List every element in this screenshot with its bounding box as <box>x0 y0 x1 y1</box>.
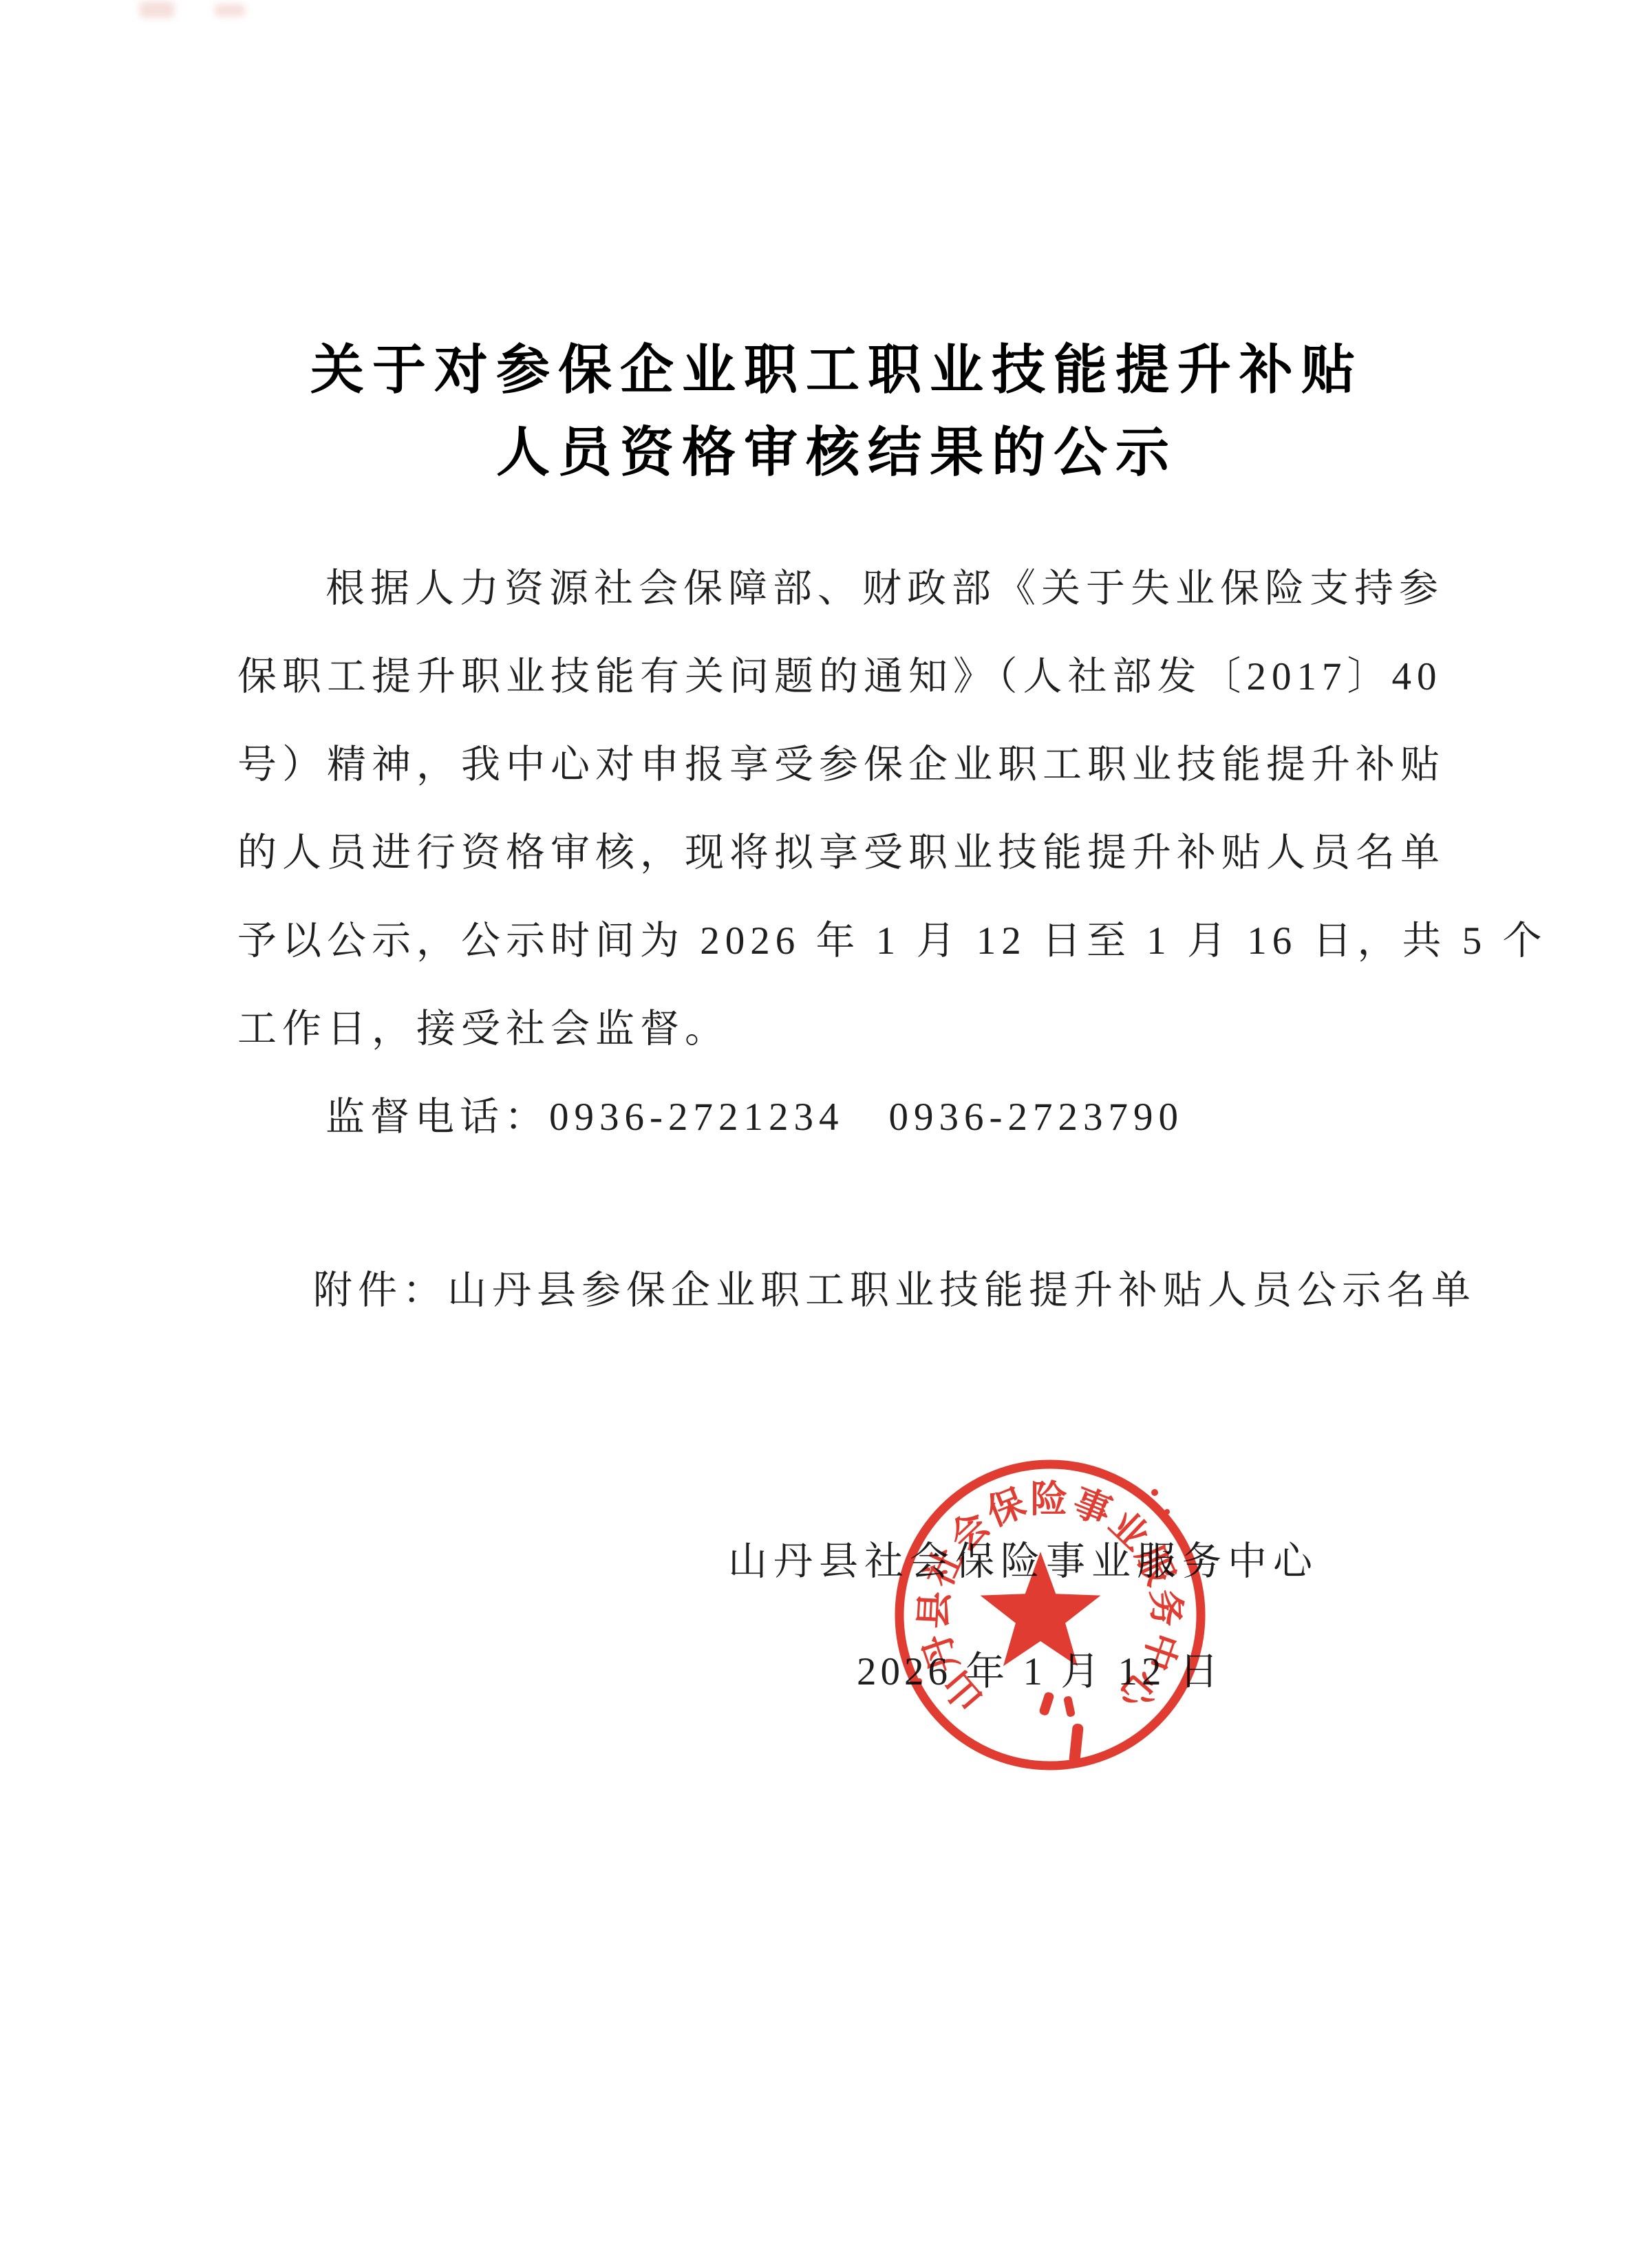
body-line-4: 的人员进行资格审核，现将拟享受职业技能提升补贴人员名单 <box>237 809 1459 897</box>
supervision-phone-line: 监督电话：0936-2721234 0936-2723790 <box>237 1073 1459 1162</box>
scan-artifact-smudge <box>215 4 245 17</box>
attachment-line: 附件：山丹县参保企业职工职业技能提升补贴人员公示名单 <box>237 1247 1545 1335</box>
body-line-6: 工作日，接受社会监督。 <box>237 985 1459 1073</box>
document-title: 关于对参保企业职工职业技能提升补贴 人员资格审核结果的公示 <box>19 329 1635 494</box>
official-seal-stamp: 山丹县社会保险事业服务中心 <box>888 1453 1212 1777</box>
document-page: 关于对参保企业职工职业技能提升补贴 人员资格审核结果的公示 根据人力资源社会保障… <box>0 0 1635 2268</box>
body-line-5: 予以公示，公示时间为 2026 年 1 月 12 日至 1 月 16 日，共 5… <box>237 897 1459 985</box>
seal-star-icon <box>981 1552 1101 1666</box>
scan-artifact-smudge <box>140 1 174 18</box>
title-line-1: 关于对参保企业职工职业技能提升补贴 <box>19 329 1635 411</box>
document-body: 根据人力资源社会保障部、财政部《关于失业保险支持参 保职工提升职业技能有关问题的… <box>237 545 1459 1162</box>
body-line-2: 保职工提升职业技能有关问题的通知》（人社部发〔2017〕40 <box>237 633 1459 721</box>
title-line-2: 人员资格审核结果的公示 <box>19 411 1635 494</box>
body-line-3: 号）精神，我中心对申报享受参保企业职工职业技能提升补贴 <box>237 721 1459 809</box>
body-line-1: 根据人力资源社会保障部、财政部《关于失业保险支持参 <box>237 545 1459 633</box>
